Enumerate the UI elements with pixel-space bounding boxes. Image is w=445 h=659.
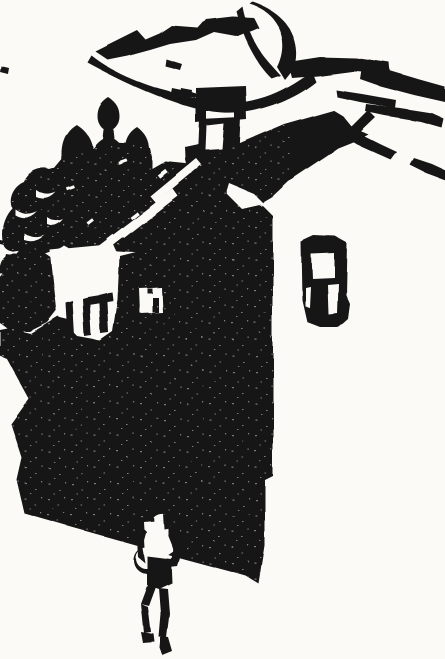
chimney-streak (206, 124, 224, 150)
far-house-window-block (301, 236, 350, 327)
figure-shorts (147, 556, 172, 589)
illustration-page (0, 0, 445, 659)
woodcut-illustration (0, 0, 445, 659)
